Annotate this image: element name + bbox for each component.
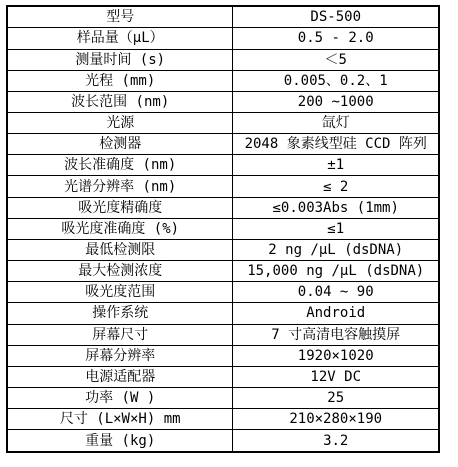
spec-value-cell: 7 寸高清电容触摸屏: [233, 324, 439, 345]
spec-value-cell: 25: [233, 388, 439, 409]
spec-row: 最低检测限2 ng /μL (dsDNA): [7, 239, 439, 260]
spec-row: 吸光度准确度 (%)≤1: [7, 218, 439, 239]
spec-row: 检测器2048 象素线型硅 CCD 阵列: [7, 134, 439, 155]
spec-value-cell: 210×280×190: [233, 409, 439, 430]
spec-label-cell: 吸光度范围: [7, 282, 233, 303]
spec-label-cell: 测量时间 (s): [7, 49, 233, 70]
spec-value-cell: ≤ 2: [233, 176, 439, 197]
spec-value-cell: 3.2: [233, 430, 439, 452]
spec-row: 光程 (mm)0.005、0.2、1: [7, 70, 439, 91]
spec-row: 功率 (W )25: [7, 388, 439, 409]
spec-row: 光源氙灯: [7, 113, 439, 134]
spec-value-cell: ≤1: [233, 218, 439, 239]
spec-row: 波长准确度 (nm)±1: [7, 155, 439, 176]
spec-row: 光谱分辨率 (nm)≤ 2: [7, 176, 439, 197]
spec-value-cell: 1920×1020: [233, 345, 439, 366]
spec-label-cell: 吸光度精确度: [7, 197, 233, 218]
spec-row: 电源适配器12V DC: [7, 366, 439, 387]
spec-row: 重量 (kg)3.2: [7, 430, 439, 452]
spec-value-cell: 200 ~1000: [233, 91, 439, 112]
spec-value-cell: ＜5: [233, 49, 439, 70]
spec-label-cell: 最低检测限: [7, 239, 233, 260]
spec-row: 吸光度精确度≤0.003Abs (1mm): [7, 197, 439, 218]
spec-value-cell: 0.005、0.2、1: [233, 70, 439, 91]
spec-label-cell: 波长范围 (nm): [7, 91, 233, 112]
spec-label-cell: 光程 (mm): [7, 70, 233, 91]
spec-table: 型号DS-500样品量（μL）0.5 - 2.0测量时间 (s)＜5光程 (mm…: [6, 5, 440, 453]
spec-label-cell: 屏幕分辨率: [7, 345, 233, 366]
spec-label-cell: 屏幕尺寸: [7, 324, 233, 345]
spec-label-cell: 电源适配器: [7, 366, 233, 387]
spec-row: 吸光度范围0.04 ~ 90: [7, 282, 439, 303]
spec-label-cell: 波长准确度 (nm): [7, 155, 233, 176]
spec-label-cell: 吸光度准确度 (%): [7, 218, 233, 239]
spec-value-cell: Android: [233, 303, 439, 324]
spec-value-cell: DS-500: [233, 6, 439, 28]
spec-row: 屏幕尺寸7 寸高清电容触摸屏: [7, 324, 439, 345]
spec-row: 最大检测浓度15,000 ng /μL (dsDNA): [7, 261, 439, 282]
spec-label-cell: 检测器: [7, 134, 233, 155]
spec-value-cell: 2048 象素线型硅 CCD 阵列: [233, 134, 439, 155]
spec-row: 尺寸 (L×W×H) mm210×280×190: [7, 409, 439, 430]
spec-value-cell: 12V DC: [233, 366, 439, 387]
spec-label-cell: 型号: [7, 6, 233, 28]
spec-table-body: 型号DS-500样品量（μL）0.5 - 2.0测量时间 (s)＜5光程 (mm…: [7, 6, 439, 452]
spec-row: 样品量（μL）0.5 - 2.0: [7, 28, 439, 49]
spec-label-cell: 最大检测浓度: [7, 261, 233, 282]
spec-label-cell: 样品量（μL）: [7, 28, 233, 49]
spec-value-cell: 2 ng /μL (dsDNA): [233, 239, 439, 260]
spec-value-cell: ≤0.003Abs (1mm): [233, 197, 439, 218]
spec-label-cell: 功率 (W ): [7, 388, 233, 409]
spec-label-cell: 操作系统: [7, 303, 233, 324]
spec-value-cell: ±1: [233, 155, 439, 176]
spec-label-cell: 重量 (kg): [7, 430, 233, 452]
spec-row: 屏幕分辨率1920×1020: [7, 345, 439, 366]
spec-label-cell: 尺寸 (L×W×H) mm: [7, 409, 233, 430]
spec-value-cell: 0.04 ~ 90: [233, 282, 439, 303]
spec-value-cell: 15,000 ng /μL (dsDNA): [233, 261, 439, 282]
spec-row: 波长范围 (nm)200 ~1000: [7, 91, 439, 112]
spec-value-cell: 氙灯: [233, 113, 439, 134]
spec-row: 测量时间 (s)＜5: [7, 49, 439, 70]
model-header-row: 型号DS-500: [7, 6, 439, 28]
spec-row: 操作系统Android: [7, 303, 439, 324]
spec-label-cell: 光谱分辨率 (nm): [7, 176, 233, 197]
spec-label-cell: 光源: [7, 113, 233, 134]
spec-value-cell: 0.5 - 2.0: [233, 28, 439, 49]
